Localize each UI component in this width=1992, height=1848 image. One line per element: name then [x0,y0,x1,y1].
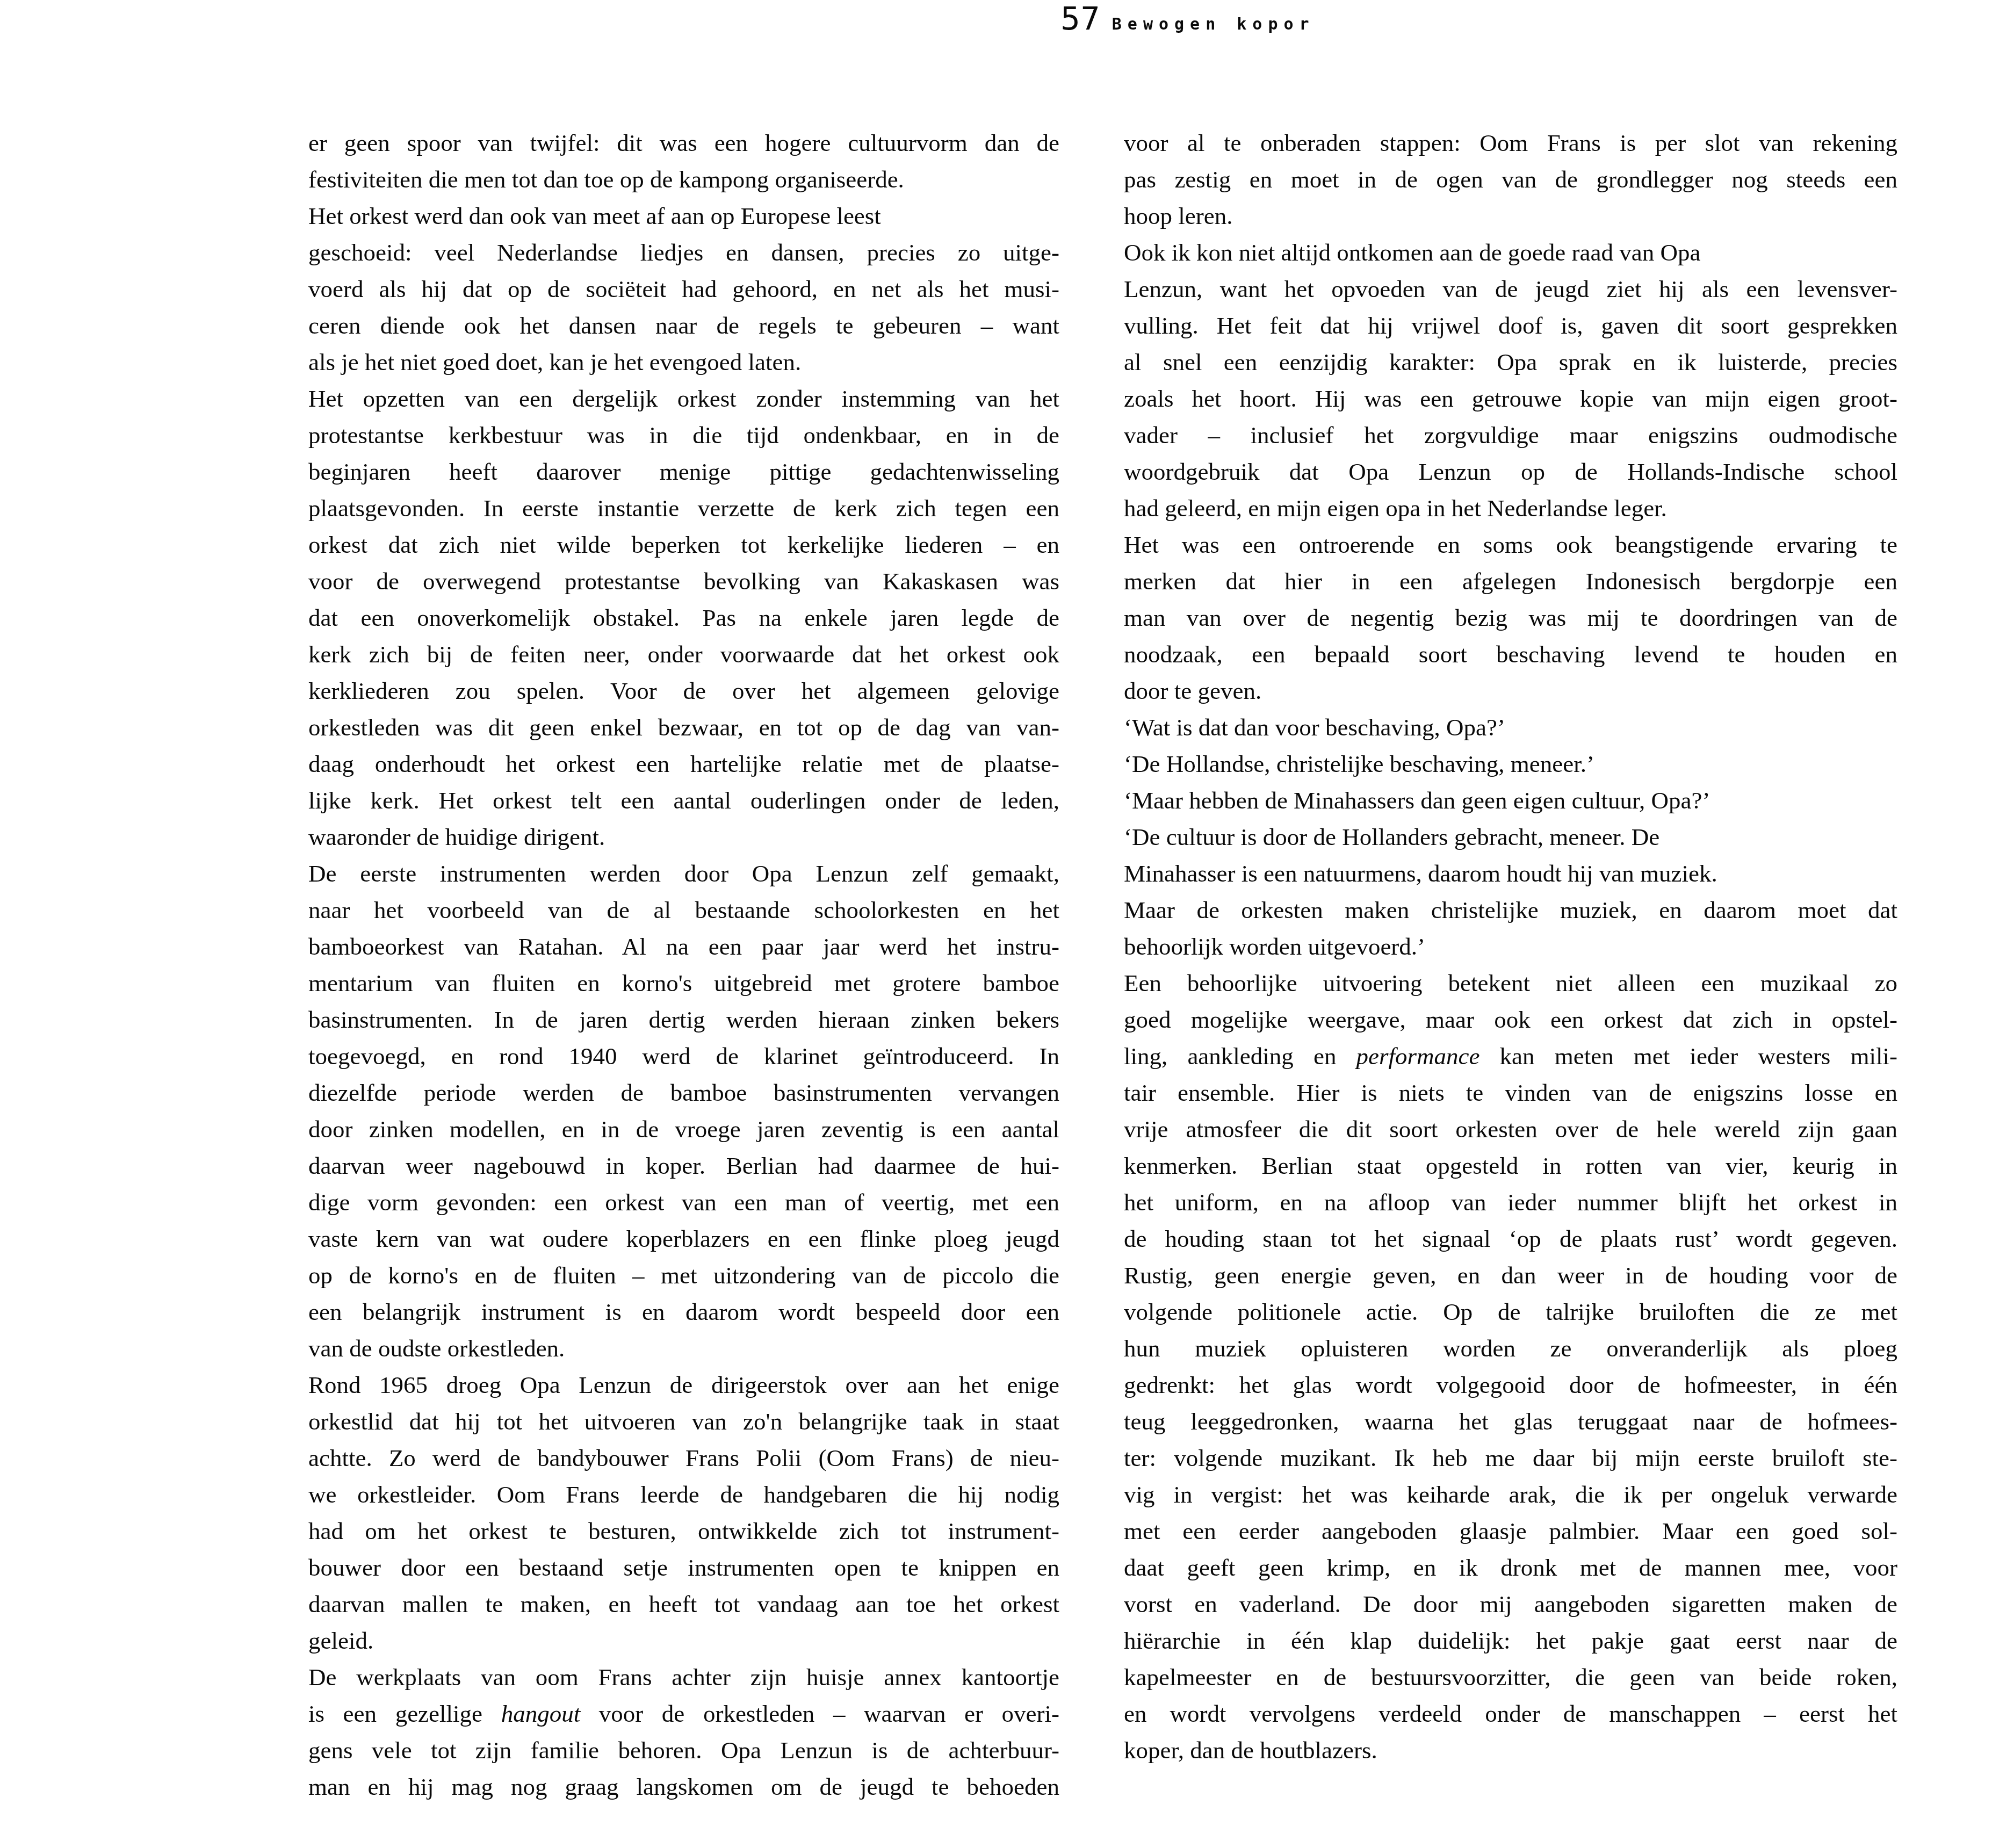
italic-term: performance [1356,1043,1480,1070]
text-line: Maar de orkesten maken christelijke muzi… [1124,892,1897,928]
text-line: dat een onoverkomelijk obstakel. Pas na … [308,600,1059,636]
text-line: vader – inclusief het zorgvuldige maar e… [1124,417,1897,453]
text-line: is een gezellige hangout voor de orkestl… [308,1695,1059,1732]
text-line: hiërarchie in één klap duidelijk: het pa… [1124,1622,1897,1659]
text-line: Het orkest werd dan ook van meet af aan … [308,198,1059,234]
text-line: met een eerder aangeboden glaasje palmbi… [1124,1513,1897,1549]
text-line: voor de overwegend protestantse bevolkin… [308,563,1059,600]
text-line: en wordt vervolgens verdeeld onder de ma… [1124,1695,1897,1732]
text-line: we orkestleider. Oom Frans leerde de han… [308,1476,1059,1513]
running-header: 57 Bewogen kopor [1060,3,1315,41]
text-line: had om het orkest te besturen, ontwikkel… [308,1513,1059,1549]
text-line: naar het voorbeeld van de al bestaande s… [308,892,1059,928]
text-line: bamboeorkest van Ratahan. Al na een paar… [308,928,1059,965]
text-line: Het opzetten van een dergelijk orkest zo… [308,380,1059,417]
text-line: een belangrijk instrument is en daarom w… [308,1294,1059,1330]
text-line: als je het niet goed doet, kan je het ev… [308,344,1059,380]
text-line: ceren diende ook het dansen naar de rege… [308,307,1059,344]
text-line: hoop leren. [1124,198,1897,234]
text-line: orkestlid dat hij tot het uitvoeren van … [308,1403,1059,1440]
italic-term: hangout [501,1700,581,1727]
text-line: gedrenkt: het glas wordt volgegooid door… [1124,1367,1897,1403]
text-line: noodzaak, een bepaald soort beschaving l… [1124,636,1897,673]
text-line: Het was een ontroerende en soms ook bean… [1124,526,1897,563]
text-line: De eerste instrumenten werden door Opa L… [308,855,1059,892]
text-line: voerd als hij dat op de sociëteit had ge… [308,271,1059,307]
text-line: kerk zich bij de feiten neer, onder voor… [308,636,1059,673]
text-line: Rond 1965 droeg Opa Lenzun de dirigeerst… [308,1367,1059,1403]
text-line: tair ensemble. Hier is niets te vinden v… [1124,1074,1897,1111]
text-line: Een behoorlijke uitvoering betekent niet… [1124,965,1897,1001]
text-line: man van over de negentig bezig was mij t… [1124,600,1897,636]
text-line: man en hij mag nog graag langskomen om d… [308,1768,1059,1805]
text-line: toegevoegd, en rond 1940 werd de klarine… [308,1038,1059,1074]
text-line: teug leeggedronken, waarna het glas teru… [1124,1403,1897,1440]
text-line: achtte. Zo werd de bandybouwer Frans Pol… [308,1440,1059,1476]
text-line: er geen spoor van twijfel: dit was een h… [308,125,1059,161]
text-line: daat geeft geen krimp, en ik dronk met d… [1124,1549,1897,1586]
text-line: lijke kerk. Het orkest telt een aantal o… [308,782,1059,819]
text-line: door te geven. [1124,673,1897,709]
text-line: vrije atmosfeer die dit soort orkesten o… [1124,1111,1897,1147]
text-line: gens vele tot zijn familie behoren. Opa … [308,1732,1059,1768]
text-line: volgende politionele actie. Op de talrij… [1124,1294,1897,1330]
text-line: ter: volgende muzikant. Ik heb me daar b… [1124,1440,1897,1476]
text-line: mentarium van fluiten en korno's uitgebr… [308,965,1059,1001]
text-line: daarvan weer nagebouwd in koper. Berlian… [308,1147,1059,1184]
text-line: kenmerken. Berlian staat opgesteld in ro… [1124,1147,1897,1184]
text-line: koper, dan de houtblazers. [1124,1732,1897,1768]
text-line: orkest dat zich niet wilde beperken tot … [308,526,1059,563]
text-line: orkestleden was dit geen enkel bezwaar, … [308,709,1059,746]
text-line: zoals het hoort. Hij was een getrouwe ko… [1124,380,1897,417]
text-line: het uniform, en na afloop van ieder numm… [1124,1184,1897,1221]
text-line: Lenzun, want het opvoeden van de jeugd z… [1124,271,1897,307]
text-line: ‘Maar hebben de Minahassers dan geen eig… [1124,782,1897,819]
text-line: goed mogelijke weergave, maar ook een or… [1124,1001,1897,1038]
text-line: Minahasser is een natuurmens, daarom hou… [1124,855,1897,892]
text-line: op de korno's en de fluiten – met uitzon… [308,1257,1059,1294]
text-line: ling, aankleding en performance kan mete… [1124,1038,1897,1074]
text-line: kerkliederen zou spelen. Voor de over he… [308,673,1059,709]
text-line: plaatsgevonden. In eerste instantie verz… [308,490,1059,526]
text-line: de houding staan tot het signaal ‘op de … [1124,1221,1897,1257]
text-line: bouwer door een bestaand setje instrumen… [308,1549,1059,1586]
text-line: festiviteiten die men tot dan toe op de … [308,161,1059,198]
text-line: geschoeid: veel Nederlandse liedjes en d… [308,234,1059,271]
text-line: Rustig, geen energie geven, en dan weer … [1124,1257,1897,1294]
text-column-left: er geen spoor van twijfel: dit was een h… [308,125,1059,1805]
text-line: ‘De cultuur is door de Hollanders gebrac… [1124,819,1897,855]
text-line: vaste kern van wat oudere koperblazers e… [308,1221,1059,1257]
page-number: 57 [1060,3,1100,34]
text-line: hun muziek opluisteren worden ze onveran… [1124,1330,1897,1367]
text-line: al snel een eenzijdig karakter: Opa spra… [1124,344,1897,380]
text-line: De werkplaats van oom Frans achter zijn … [308,1659,1059,1695]
text-line: vorst en vaderland. De door mij aangebod… [1124,1586,1897,1622]
text-line: dige vorm gevonden: een orkest van een m… [308,1184,1059,1221]
text-line: ‘De Hollandse, christelijke beschaving, … [1124,746,1897,782]
text-line: van de oudste orkestleden. [308,1330,1059,1367]
text-line: daarvan mallen te maken, en heeft tot va… [308,1586,1059,1622]
text-line: basinstrumenten. In de jaren dertig werd… [308,1001,1059,1038]
text-line: vig in vergist: het was keiharde arak, d… [1124,1476,1897,1513]
text-line: kapelmeester en de bestuursvoorzitter, d… [1124,1659,1897,1695]
text-line: vulling. Het feit dat hij vrijwel doof i… [1124,307,1897,344]
text-line: waaronder de huidige dirigent. [308,819,1059,855]
text-line: merken dat hier in een afgelegen Indones… [1124,563,1897,600]
text-line: had geleerd, en mijn eigen opa in het Ne… [1124,490,1897,526]
text-line: diezelfde periode werden de bamboe basin… [308,1074,1059,1111]
text-line: woordgebruik dat Opa Lenzun op de Hollan… [1124,453,1897,490]
text-line: beginjaren heeft daarover menige pittige… [308,453,1059,490]
text-line: geleid. [308,1622,1059,1659]
running-title: Bewogen kopor [1112,15,1315,34]
text-line: behoorlijk worden uitgevoerd.’ [1124,928,1897,965]
text-line: pas zestig en moet in de ogen van de gro… [1124,161,1897,198]
text-line: daag onderhoudt het orkest een hartelijk… [308,746,1059,782]
text-line: door zinken modellen, en in de vroege ja… [308,1111,1059,1147]
text-line: protestantse kerkbestuur was in die tijd… [308,417,1059,453]
text-line: voor al te onberaden stappen: Oom Frans … [1124,125,1897,161]
text-column-right: voor al te onberaden stappen: Oom Frans … [1124,125,1897,1768]
text-line: ‘Wat is dat dan voor beschaving, Opa?’ [1124,709,1897,746]
text-line: Ook ik kon niet altijd ontkomen aan de g… [1124,234,1897,271]
